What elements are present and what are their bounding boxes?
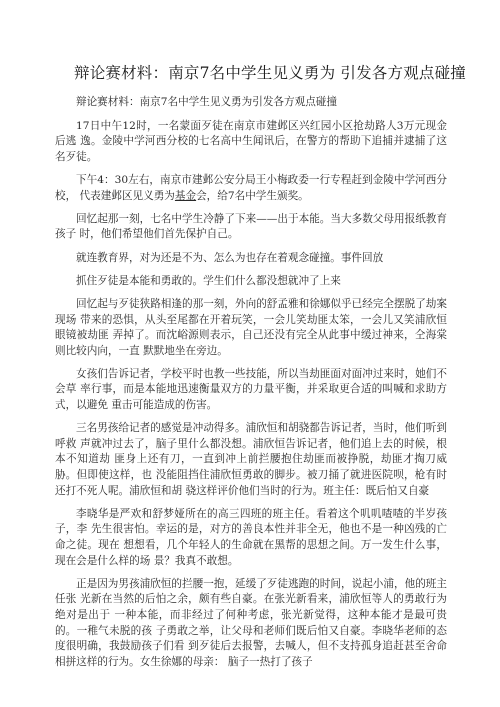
document-body: 辩论赛材料：南京7名中学生见义勇为引发各方观点碰撞 17日中午12时，一名蒙面歹… <box>55 95 447 678</box>
paragraph: 下午4：30左右，南京市建邺公安分局王小梅政委一行专程赶到金陵中学河西分校， 代… <box>55 173 447 204</box>
underlined-term: 基金 <box>175 190 196 202</box>
paragraph: 三名男孩给记者的感觉是冲动得多。浦欣恒和胡骁都告诉记者，当时，他们听到呼救 声就… <box>55 421 447 499</box>
paragraph: 正是因为男孩浦欣恒的拦腰一抱，延缓了歹徒逃跑的时间，说起小浦，他的班主任张 光新… <box>55 577 447 671</box>
paragraph: 女孩们告诉记者，学校平时也教一些技能，所以当劫匪面对面冲过来时，她们不会草 率行… <box>55 367 447 414</box>
paragraph-heading: 抓住歹徒是本能和勇敢的。学生们什么都没想就冲了上来 <box>55 274 447 290</box>
paragraph-section-note: 就连教育界，对为还是不为、怎么为也存在着观念碰撞。事件回放 <box>55 251 447 267</box>
paragraph: 回忆起那一刻，七名中学生冷静了下来——出于本能。当大多数父母用报纸教育孩子 时，… <box>55 212 447 243</box>
document-page: 辩论赛材料：南京7名中学生见义勇为 引发各方观点碰撞 辩论赛材料：南京7名中学生… <box>0 0 500 707</box>
paragraph-text: 会，给7名中学生颁奖。 <box>196 190 309 202</box>
paragraph-subtitle: 辩论赛材料：南京7名中学生见义勇为引发各方观点碰撞 <box>55 95 447 111</box>
paragraph: 李晓华是严欢和舒梦娅所在的高三四班的班主任。看着这个叽叽喳喳的半岁孩子，李 先生… <box>55 507 447 569</box>
paragraph: 17日中午12时，一名蒙面歹徒在南京市建邺区兴红园小区抢劫路人3万元现金后逃 逸… <box>55 119 447 166</box>
document-title: 辩论赛材料：南京7名中学生见义勇为 引发各方观点碰撞 <box>74 61 474 83</box>
paragraph: 回忆起与歹徒狭路相逢的那一刻，外向的舒孟雅和徐娜似乎已经完全摆脱了劫案现场 带来… <box>55 297 447 359</box>
